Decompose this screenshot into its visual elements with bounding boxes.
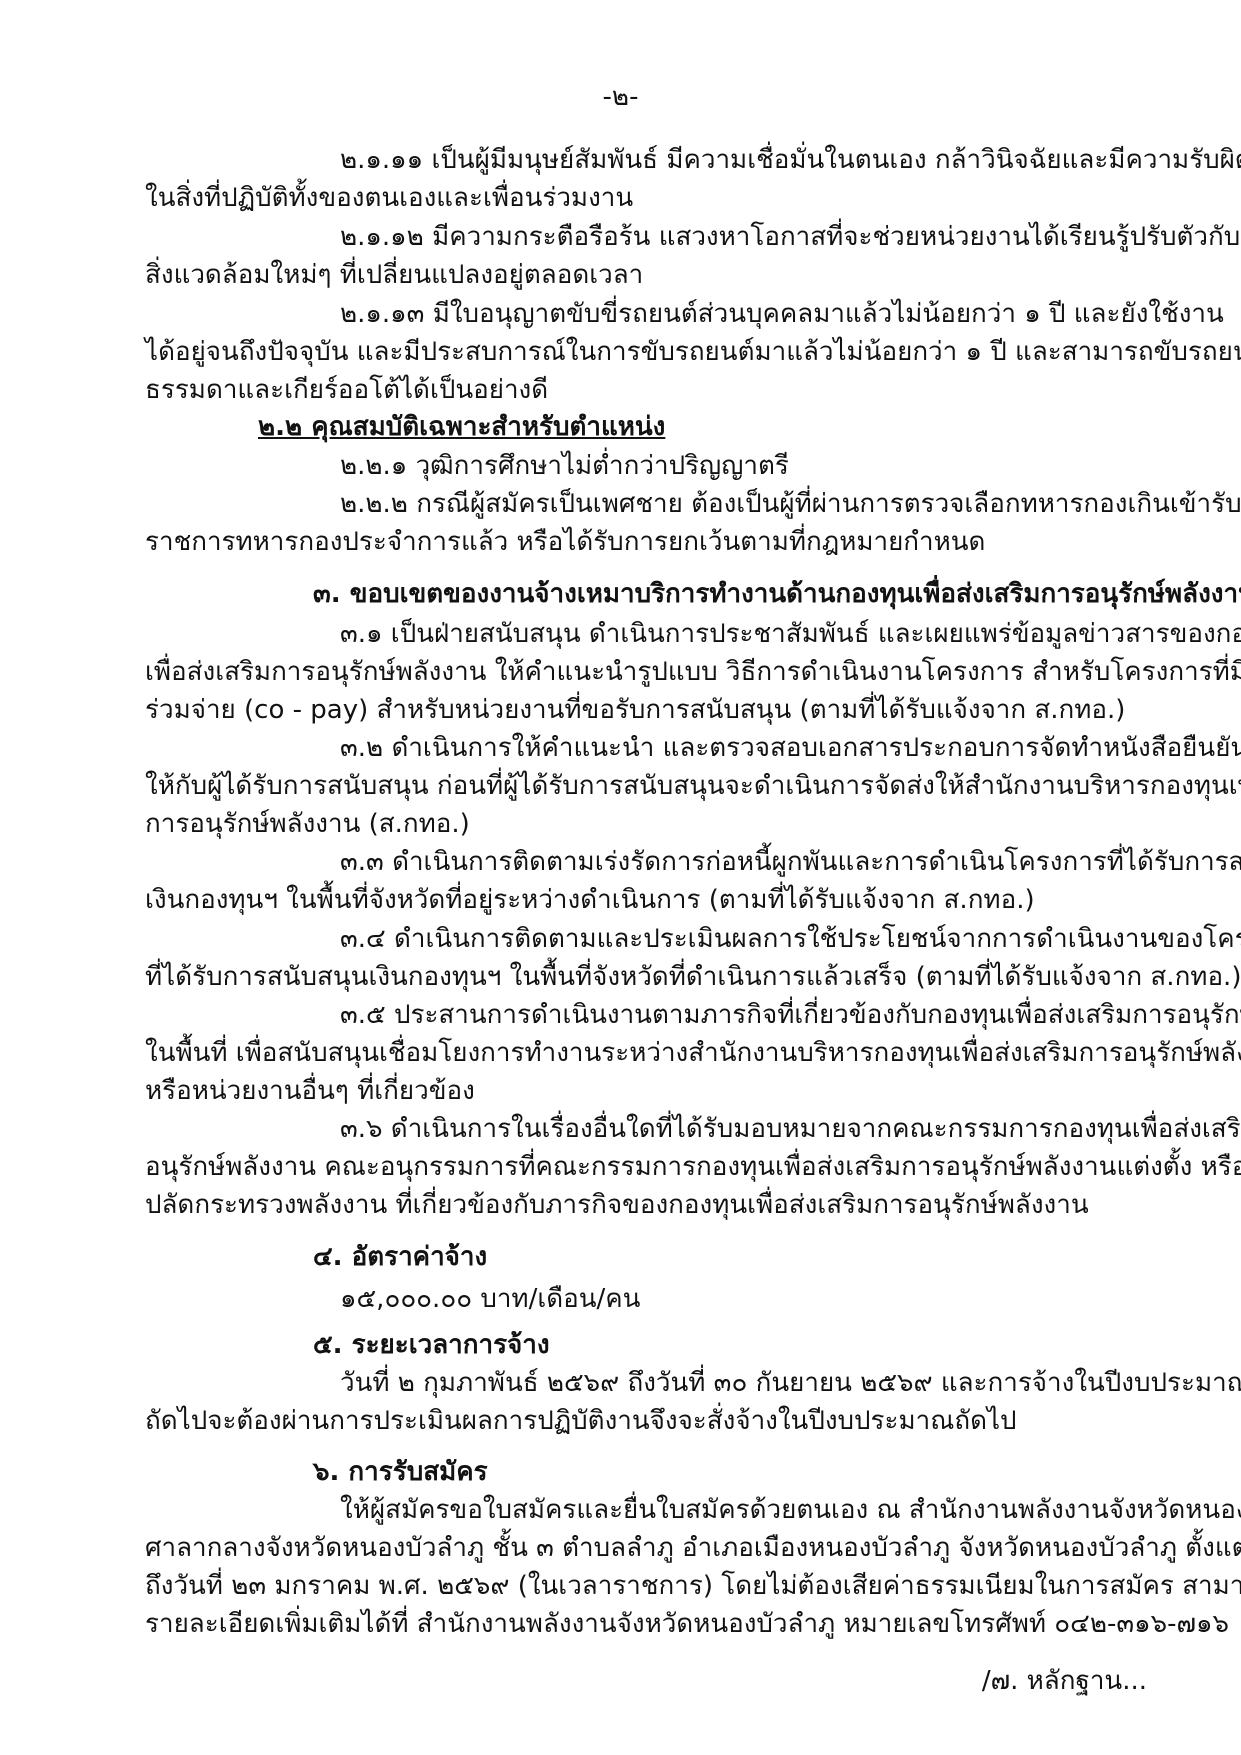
text-line: ถัดไปจะต้องผ่านการประเมินผลการปฏิบัติงาน… bbox=[145, 1404, 1017, 1438]
text-line: ๓.๔ ดำเนินการติดตามและประเมินผลการใช้ประ… bbox=[340, 922, 1241, 956]
text-line: ๓.๓ ดำเนินการติดตามเร่งรัดการก่อหนี้ผูกพ… bbox=[340, 845, 1241, 879]
text-line: ธรรมดาและเกียร์ออโต้ได้เป็นอย่างดี bbox=[145, 373, 548, 407]
section-heading: ๔. อัตราค่าจ้าง bbox=[313, 1240, 487, 1274]
section-heading: ๖. การรับสมัคร bbox=[313, 1455, 488, 1489]
text-line: สิ่งแวดล้อมใหม่ๆ ที่เปลี่ยนแปลงอยู่ตลอดเ… bbox=[145, 258, 643, 292]
text-line: ๓.๒ ดำเนินการให้คำแนะนำ และตรวจสอบเอกสาร… bbox=[340, 731, 1241, 765]
text-line: ในสิ่งที่ปฏิบัติทั้งของตนเองและเพื่อนร่ว… bbox=[145, 181, 633, 215]
text-line: ๓.๖ ดำเนินการในเรื่องอื่นใดที่ได้รับมอบห… bbox=[340, 1112, 1241, 1146]
text-line: ในพื้นที่ เพื่อสนับสนุนเชื่อมโยงการทำงาน… bbox=[145, 1036, 1241, 1070]
text-line: ๓.๑ เป็นฝ่ายสนับสนุน ดำเนินการประชาสัมพั… bbox=[340, 617, 1241, 651]
text-line: ถึงวันที่ ๒๓ มกราคม พ.ศ. ๒๕๖๙ (ในเวลาราช… bbox=[145, 1569, 1241, 1603]
text-line: รายละเอียดเพิ่มเติมได้ที่ สำนักงานพลังงา… bbox=[145, 1607, 1229, 1641]
text-line: วันที่ ๒ กุมภาพันธ์ ๒๕๖๙ ถึงวันที่ ๓๐ กั… bbox=[340, 1366, 1241, 1400]
text-line: เงินกองทุนฯ ในพื้นที่จังหวัดที่อยู่ระหว่… bbox=[145, 883, 1035, 917]
text-line: ได้อยู่จนถึงปัจจุบัน และมีประสบการณ์ในกา… bbox=[145, 335, 1241, 369]
text-line: ๒.๑.๑๑ เป็นผู้มีมนุษย์สัมพันธ์ มีความเชื… bbox=[340, 143, 1241, 177]
subsection-heading: ๒.๒ คุณสมบัติเฉพาะสำหรับตำแหน่ง bbox=[258, 410, 665, 444]
section-heading: ๕. ระยะเวลาการจ้าง bbox=[313, 1328, 550, 1362]
page-number: -๒- bbox=[0, 82, 1241, 112]
text-line: อนุรักษ์พลังงาน คณะอนุกรรมการที่คณะกรรมก… bbox=[145, 1150, 1241, 1184]
continuation-note: /๗. หลักฐาน... bbox=[982, 1664, 1147, 1698]
text-line: ให้ผู้สมัครขอใบสมัครและยื่นใบสมัครด้วยตน… bbox=[340, 1493, 1241, 1527]
text-line: ๒.๒.๑ วุฒิการศึกษาไม่ต่ำกว่าปริญญาตรี bbox=[340, 449, 789, 483]
text-line: เพื่อส่งเสริมการอนุรักษ์พลังงาน ให้คำแนะ… bbox=[145, 655, 1241, 689]
text-line: ๒.๒.๒ กรณีผู้สมัครเป็นเพศชาย ต้องเป็นผู้… bbox=[340, 487, 1241, 521]
text-line: ที่ได้รับการสนับสนุนเงินกองทุนฯ ในพื้นที… bbox=[145, 960, 1241, 994]
text-line: ๒.๑.๑๒ มีความกระตือรือร้น แสวงหาโอกาสที่… bbox=[340, 220, 1240, 254]
text-line: ศาลากลางจังหวัดหนองบัวลำภู ชั้น ๓ ตำบลลำ… bbox=[145, 1531, 1241, 1565]
text-line: ปลัดกระทรวงพลังงาน ที่เกี่ยวข้องกับภารกิ… bbox=[145, 1188, 1089, 1222]
text-line: ๑๕,๐๐๐.๐๐ บาท/เดือน/คน bbox=[340, 1282, 640, 1316]
text-line: ราชการทหารกองประจำการแล้ว หรือได้รับการย… bbox=[145, 525, 985, 559]
text-line: ๒.๑.๑๓ มีใบอนุญาตขับขี่รถยนต์ส่วนบุคคลมา… bbox=[340, 297, 1224, 331]
text-line: ให้กับผู้ได้รับการสนับสนุน ก่อนที่ผู้ได้… bbox=[145, 769, 1241, 803]
text-line: ร่วมจ่าย (co - pay) สำหรับหน่วยงานที่ขอร… bbox=[145, 693, 1125, 727]
section-heading: ๓. ขอบเขตของงานจ้างเหมาบริการทำงานด้านกอ… bbox=[313, 577, 1241, 611]
text-line: การอนุรักษ์พลังงาน (ส.กทอ.) bbox=[145, 807, 470, 841]
text-line: หรือหน่วยงานอื่นๆ ที่เกี่ยวข้อง bbox=[145, 1074, 475, 1108]
document-page: -๒- ๒.๑.๑๑ เป็นผู้มีมนุษย์สัมพันธ์ มีควา… bbox=[0, 0, 1241, 1755]
text-line: ๓.๕ ประสานการดำเนินงานตามภารกิจที่เกี่ยว… bbox=[340, 998, 1241, 1032]
